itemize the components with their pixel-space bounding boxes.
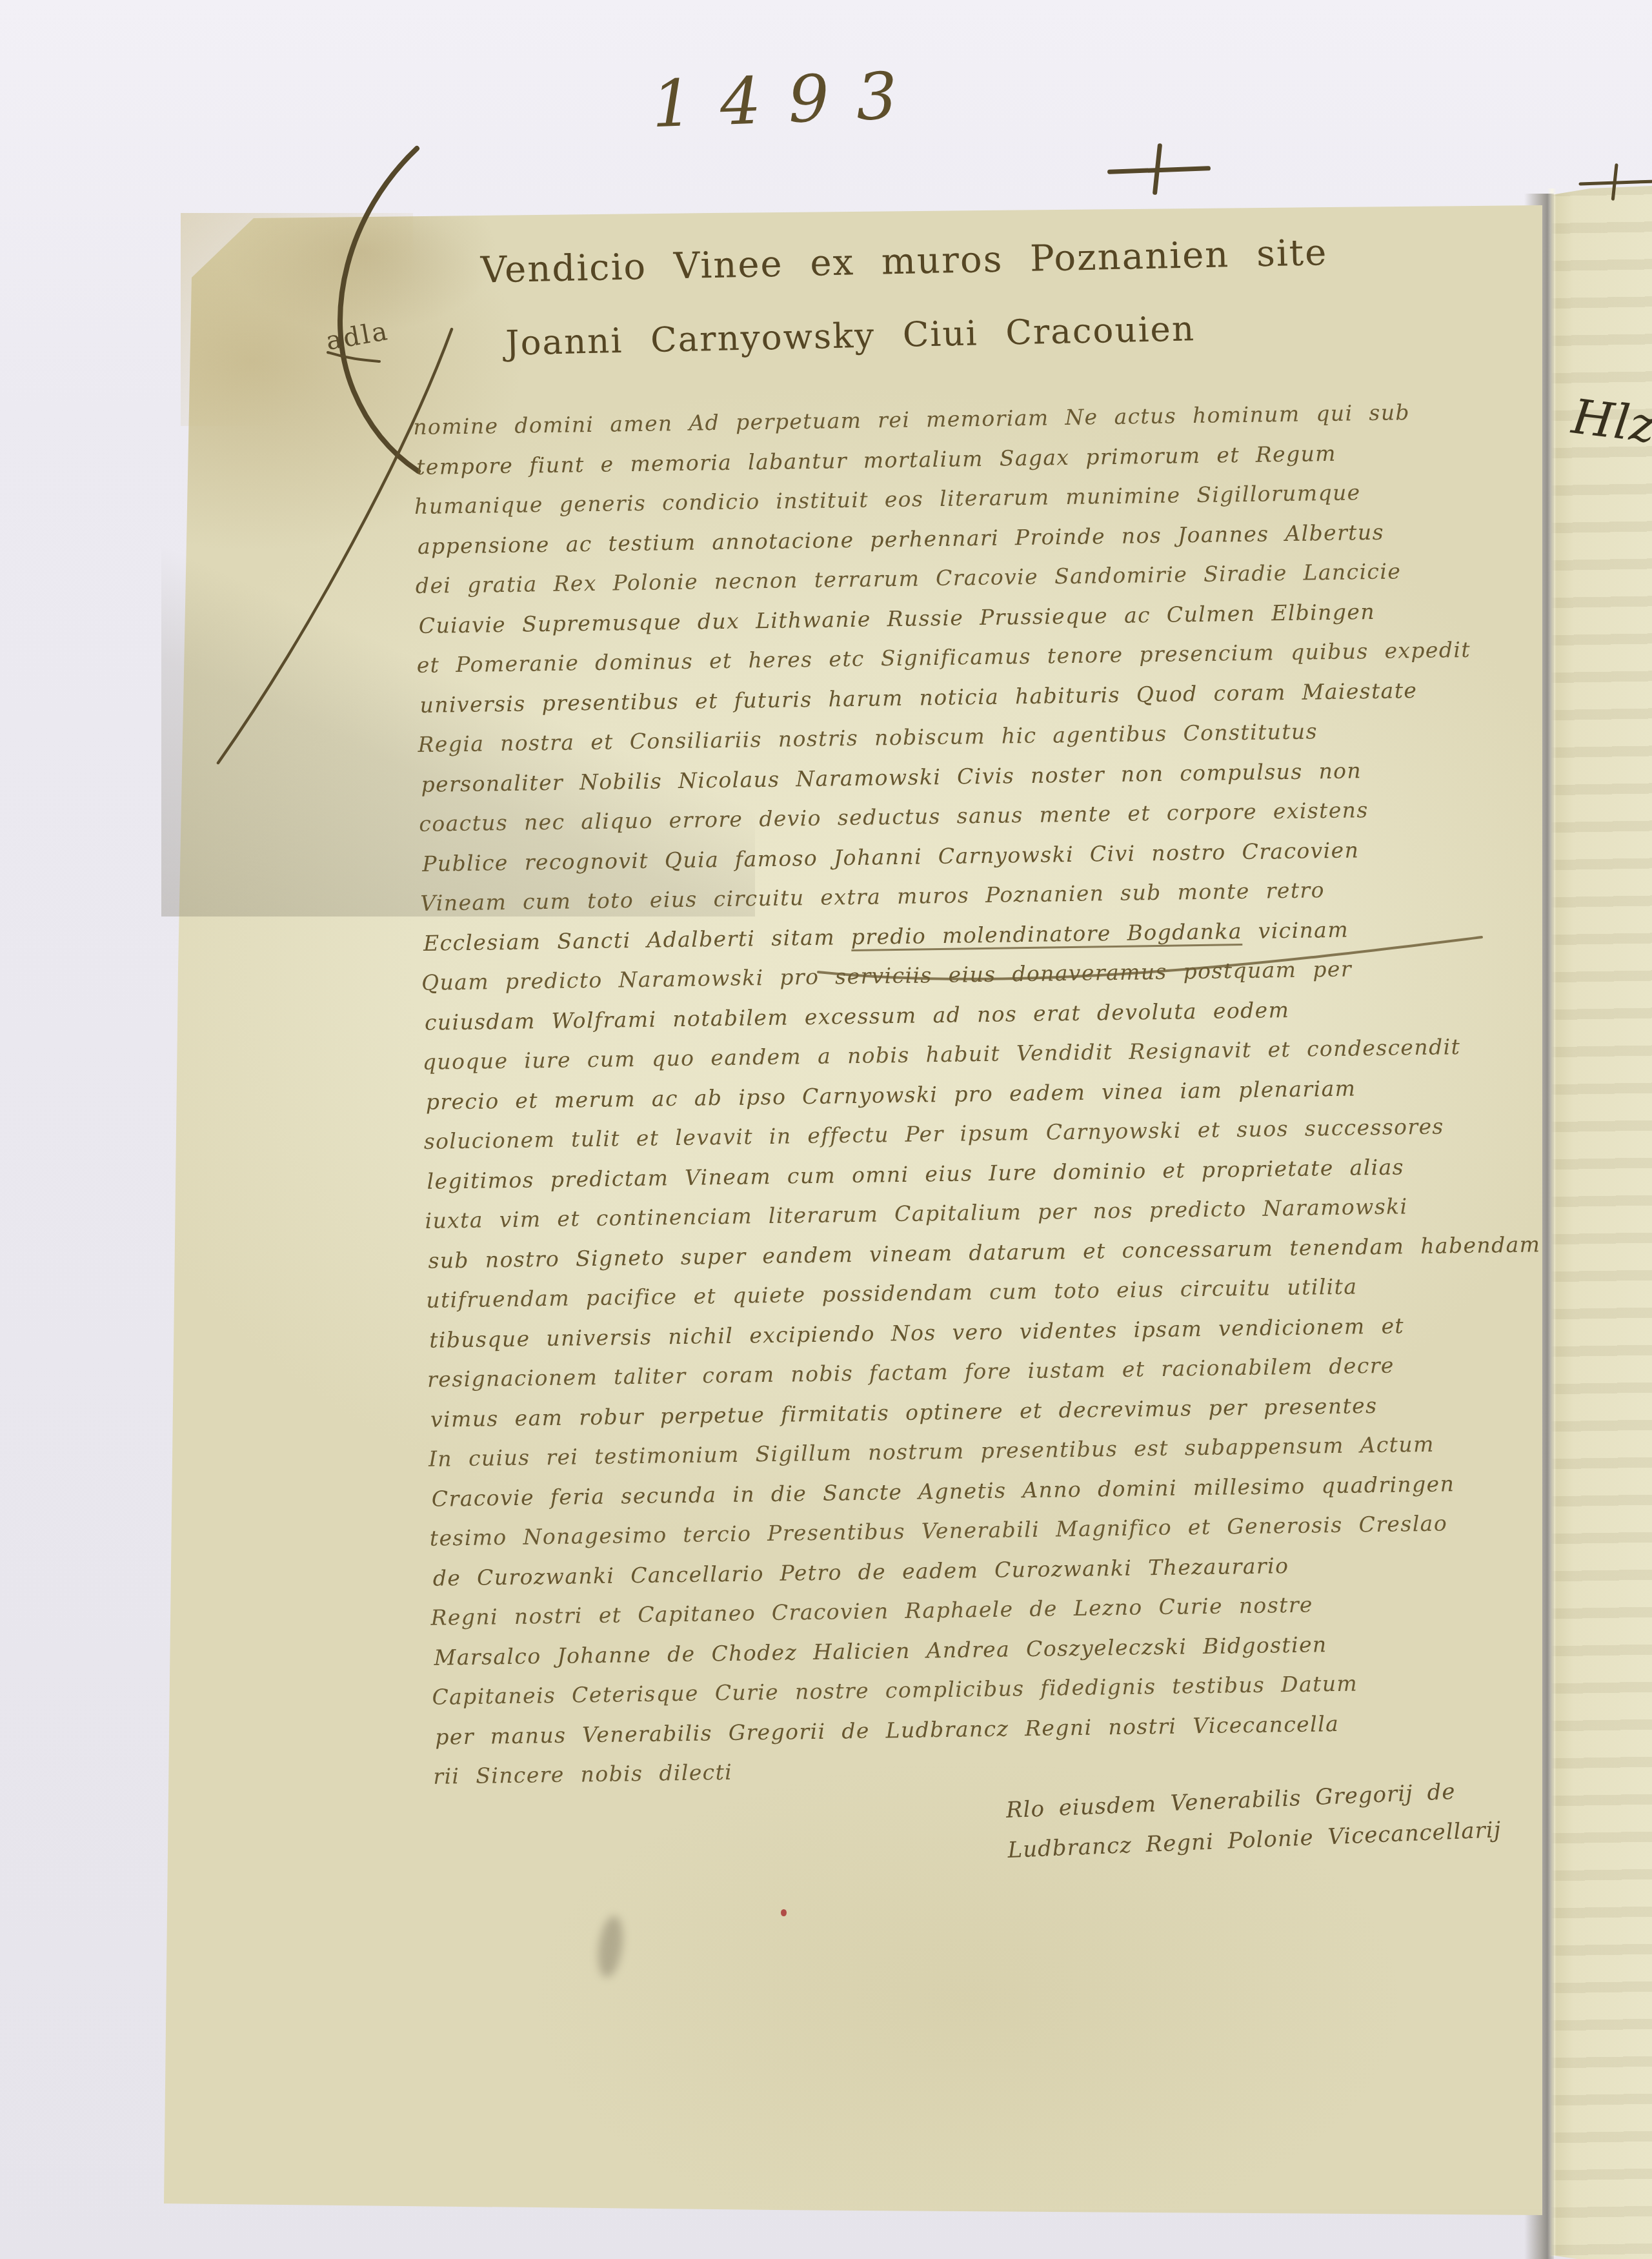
- invocation-cross-icon: [1107, 143, 1211, 195]
- body-text: nomine domini amen Ad perpetuam rei memo…: [414, 398, 1532, 1803]
- red-speck: [781, 1909, 787, 1916]
- year-annotation: 1493: [650, 57, 925, 143]
- facing-page-margin-mark: Hlz: [1569, 389, 1652, 454]
- scanned-manuscript: Hlz 1493 adla Vendicio Vinee ex muros Po…: [0, 0, 1652, 2259]
- facing-page-cross-mark: [1578, 163, 1652, 201]
- facing-page-edge: [1551, 186, 1652, 2259]
